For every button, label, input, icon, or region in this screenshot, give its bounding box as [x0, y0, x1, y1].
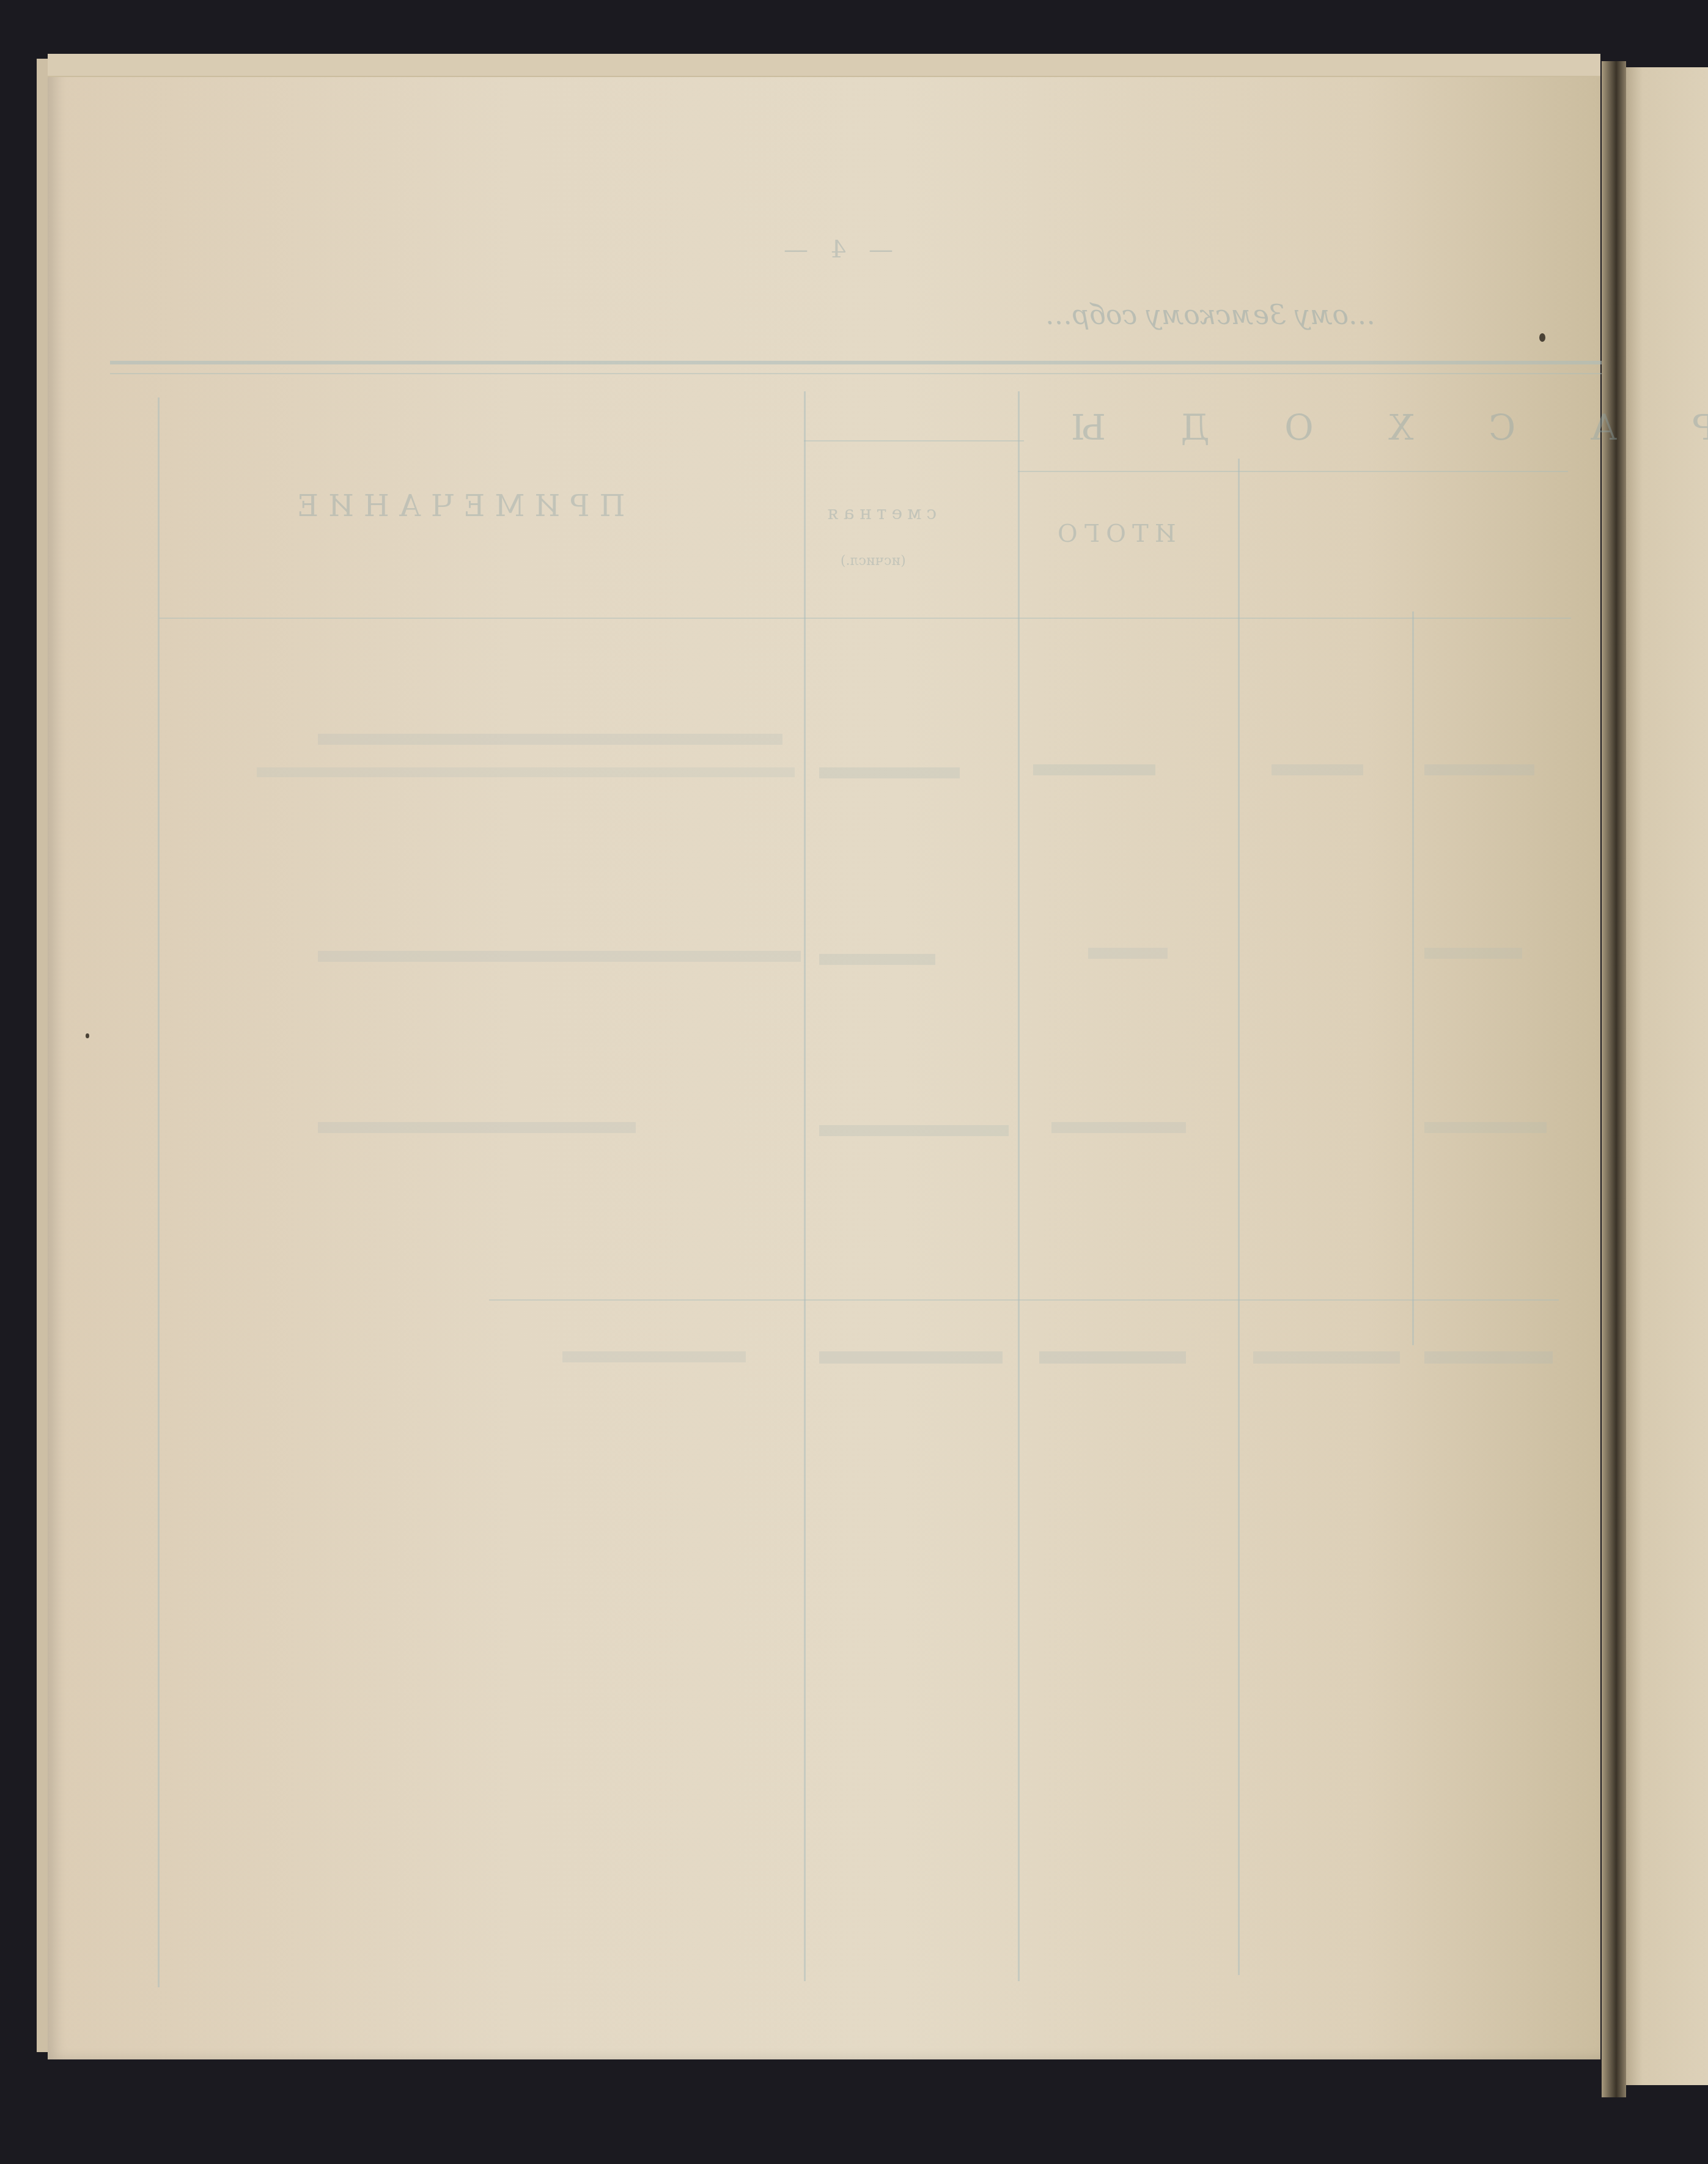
total-row-col4-bleed: [1424, 1351, 1553, 1364]
total-row-total-bleed: [1039, 1351, 1186, 1364]
header-bleed-text: …ому Земскому собр…: [1045, 300, 1375, 331]
row-3-value-bleed: [819, 1125, 1009, 1136]
expenses-title-bleed: Р А С Х О Д Ы: [1039, 407, 1708, 448]
row-1-col4-bleed: [1424, 764, 1534, 775]
row-3-bleed: [318, 1122, 636, 1133]
row-1b-bleed: [257, 767, 795, 777]
total-row-col3-bleed: [1253, 1351, 1400, 1364]
document-page: [48, 54, 1600, 2059]
page-number-bleed: — 4 —: [776, 235, 893, 264]
total-column-divider: [1238, 459, 1240, 1975]
row-2-bleed: [318, 951, 801, 962]
row-3-total-bleed: [1051, 1122, 1186, 1133]
total-row-rule: [489, 1299, 1559, 1301]
page-top-fold: [48, 54, 1600, 77]
row-1-col3-bleed: [1272, 764, 1363, 775]
row-3-col4-bleed: [1424, 1122, 1547, 1133]
adjacent-page-strip: [1626, 67, 1708, 2085]
total-title-bleed: ИТОГО: [1051, 520, 1176, 548]
row-2-col4-bleed: [1424, 948, 1522, 959]
table-left-rule: [158, 397, 160, 1987]
row-2-total-bleed: [1088, 948, 1168, 959]
ink-speck: [86, 1033, 89, 1038]
expenses-header-rule: [1018, 471, 1568, 472]
estimate-column-divider: [1018, 391, 1020, 1981]
total-row-label-bleed: [562, 1351, 746, 1362]
row-1-value-bleed: [819, 767, 960, 778]
table-top-rule: [110, 361, 1602, 364]
row-1-bleed: [318, 734, 782, 745]
inner-column-divider: [1412, 611, 1414, 1345]
header-bottom-rule: [159, 618, 1571, 619]
book-gutter: [1602, 61, 1626, 2097]
row-1-total-bleed: [1033, 764, 1155, 775]
total-row-value-bleed: [819, 1351, 1003, 1364]
ink-speck: [1539, 333, 1545, 342]
table-top-rule-inner: [110, 373, 1602, 374]
estimate-title-bleed: сметная: [822, 503, 937, 524]
estimate-header-rule: [804, 440, 1024, 441]
estimate-subtitle-bleed: (исчисл.): [841, 553, 906, 569]
notes-title-bleed: ПРИМЕЧАНИЕ: [287, 489, 625, 523]
row-2-value-bleed: [819, 954, 935, 965]
notes-column-divider: [804, 391, 806, 1981]
